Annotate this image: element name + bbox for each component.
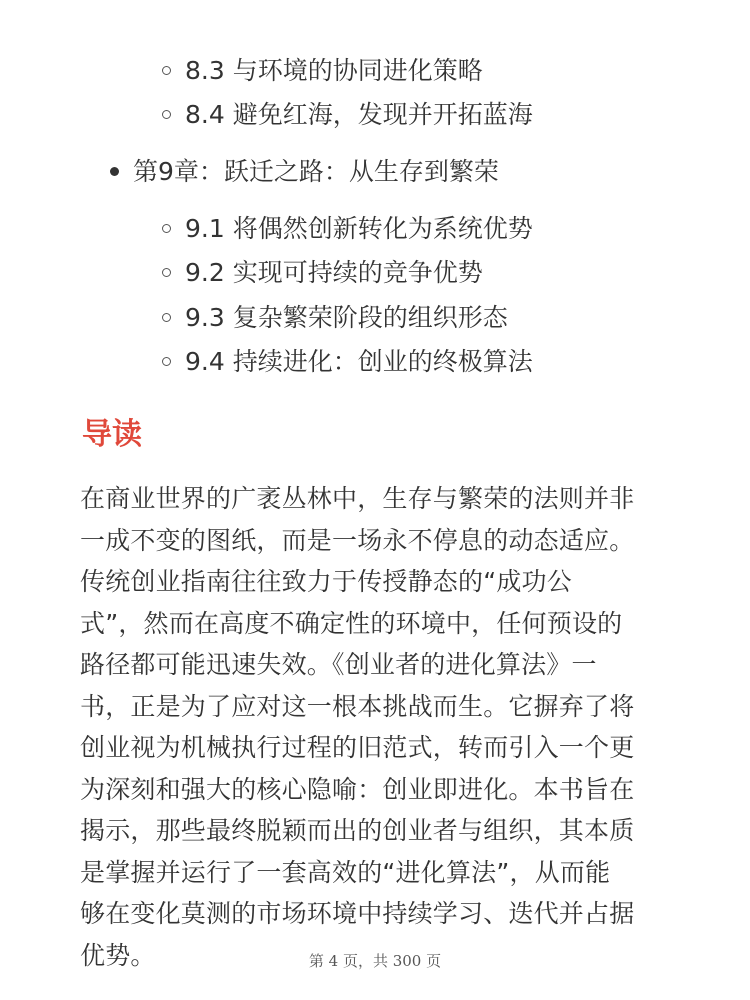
paragraph-line: 在商业世界的广袤丛林中，生存与繁荣的法则并非 xyxy=(80,478,680,520)
paragraph-line: 够在变化莫测的市场环境中持续学习、迭代并占据 xyxy=(80,893,680,935)
toc-item-8-4: 8.4 避免红海，发现并开拓蓝海 xyxy=(162,100,533,130)
hollow-bullet-icon xyxy=(162,66,171,75)
paragraph-line: 为深刻和强大的核心隐喻：创业即进化。本书旨在 xyxy=(80,769,680,811)
toc-item-9-4: 9.4 持续进化：创业的终极算法 xyxy=(162,347,533,377)
hollow-bullet-icon xyxy=(162,268,171,277)
toc-chapter-label: 第9章：跃迁之路：从生存到繁荣 xyxy=(133,157,499,186)
paragraph-line: 书，正是为了应对这一根本挑战而生。它摒弃了将 xyxy=(80,686,680,728)
toc-item-label: 9.4 持续进化：创业的终极算法 xyxy=(185,347,533,376)
filled-bullet-icon xyxy=(110,167,119,176)
paragraph-line: 创业视为机械执行过程的旧范式，转而引入一个更 xyxy=(80,727,680,769)
hollow-bullet-icon xyxy=(162,357,171,366)
hollow-bullet-icon xyxy=(162,313,171,322)
intro-paragraph: 在商业世界的广袤丛林中，生存与繁荣的法则并非 一成不变的图纸，而是一场永不停息的… xyxy=(80,478,680,976)
toc-item-8-3: 8.3 与环境的协同进化策略 xyxy=(162,56,483,86)
toc-item-9-3: 9.3 复杂繁荣阶段的组织形态 xyxy=(162,303,508,333)
toc-item-label: 8.4 避免红海，发现并开拓蓝海 xyxy=(185,100,533,129)
paragraph-line: 是掌握并运行了一套高效的“进化算法”，从而能 xyxy=(80,852,680,894)
toc-item-label: 9.2 实现可持续的竞争优势 xyxy=(185,258,483,287)
paragraph-line: 传统创业指南往往致力于传授静态的“成功公 xyxy=(80,561,680,603)
page-indicator: 第 4 页，共 300 页 xyxy=(0,950,750,971)
toc-item-label: 9.1 将偶然创新转化为系统优势 xyxy=(185,214,533,243)
toc-chapter-9: 第9章：跃迁之路：从生存到繁荣 xyxy=(110,157,499,187)
paragraph-line: 一成不变的图纸，而是一场永不停息的动态适应。 xyxy=(80,520,680,562)
toc-item-label: 9.3 复杂繁荣阶段的组织形态 xyxy=(185,303,508,332)
paragraph-line: 揭示，那些最终脱颖而出的创业者与组织，其本质 xyxy=(80,810,680,852)
document-page: 8.3 与环境的协同进化策略 8.4 避免红海，发现并开拓蓝海 第9章：跃迁之路… xyxy=(0,0,750,1000)
hollow-bullet-icon xyxy=(162,110,171,119)
intro-heading: 导读 xyxy=(82,415,142,455)
hollow-bullet-icon xyxy=(162,224,171,233)
toc-item-label: 8.3 与环境的协同进化策略 xyxy=(185,56,483,85)
paragraph-line: 式”，然而在高度不确定性的环境中，任何预设的 xyxy=(80,603,680,645)
toc-item-9-2: 9.2 实现可持续的竞争优势 xyxy=(162,258,483,288)
paragraph-line: 路径都可能迅速失效。《创业者的进化算法》一 xyxy=(80,644,680,686)
toc-item-9-1: 9.1 将偶然创新转化为系统优势 xyxy=(162,214,533,244)
